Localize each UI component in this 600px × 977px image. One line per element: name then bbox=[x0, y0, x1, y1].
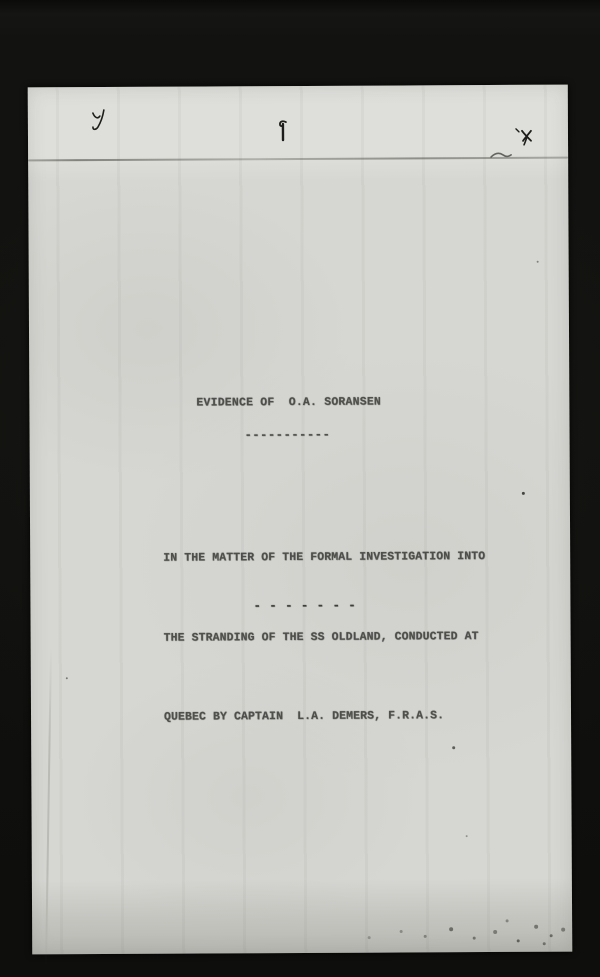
handwritten-mark-center-icon bbox=[275, 119, 291, 145]
body-line-3: QUEBEC BY CAPTAIN L.A. DEMERS, F.R.A.S. bbox=[164, 703, 486, 731]
scan-backdrop: EVIDENCE OF O.A. SORANSEN ----------- IN… bbox=[0, 0, 600, 977]
handwritten-mark-right-icon bbox=[513, 126, 537, 148]
page-edge-curl bbox=[45, 647, 52, 967]
ink-spot bbox=[66, 677, 68, 679]
handwritten-mark-left-icon bbox=[90, 108, 110, 134]
document-title: EVIDENCE OF O.A. SORANSEN bbox=[196, 396, 381, 410]
document-body: IN THE MATTER OF THE FORMAL INVESTIGATIO… bbox=[163, 491, 487, 784]
crease-squiggle-icon bbox=[490, 149, 512, 161]
body-line-1: IN THE MATTER OF THE FORMAL INVESTIGATIO… bbox=[163, 544, 485, 572]
ink-spot bbox=[466, 835, 468, 837]
body-line-2: THE STRANDING OF THE SS OLDLAND, CONDUCT… bbox=[164, 624, 486, 652]
document-page: EVIDENCE OF O.A. SORANSEN ----------- IN… bbox=[28, 85, 573, 955]
bottom-edge-speckles bbox=[28, 87, 30, 89]
ink-spot bbox=[452, 746, 455, 749]
fold-crease-line bbox=[28, 157, 568, 162]
divider-dashes-bottom: - - - - - - - bbox=[253, 599, 356, 614]
divider-dashes-top: ----------- bbox=[245, 428, 331, 442]
ink-spot bbox=[522, 492, 525, 495]
ink-spot bbox=[537, 261, 539, 263]
